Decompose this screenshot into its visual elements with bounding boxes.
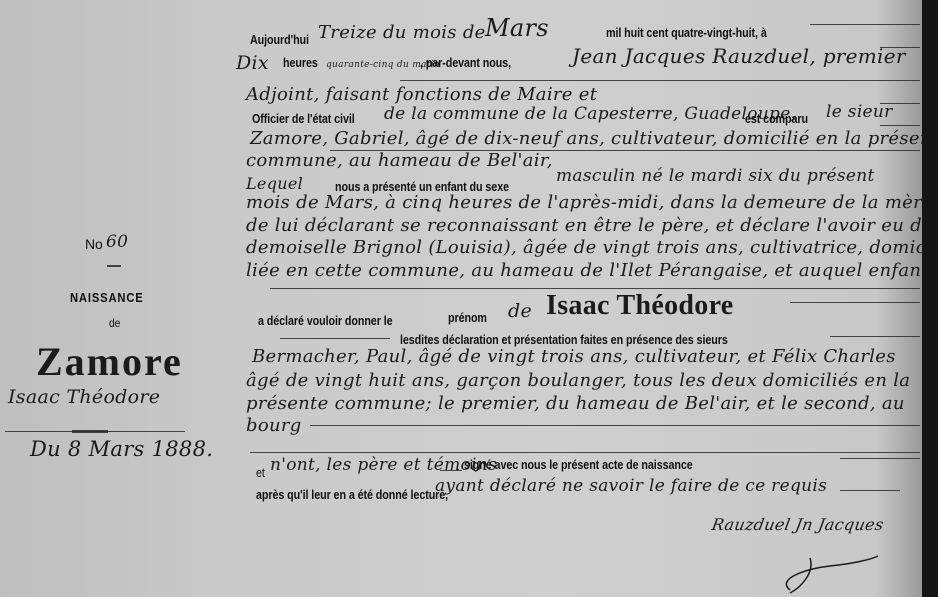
ruled-line [310, 425, 920, 426]
signature-flourish-icon [770, 548, 880, 597]
handwritten-text: de la commune de la Capesterre, Guadelou… [384, 104, 796, 124]
handwritten-text: Mars [485, 14, 549, 42]
handwritten-text: Treize du mois de [318, 22, 486, 43]
handwritten-text: le sieur [826, 102, 893, 122]
officer-signature: Rauzduel Jn Jacques [710, 515, 885, 534]
handwritten-text: Lequel [246, 174, 303, 193]
printed-text: est comparu [745, 112, 808, 126]
ruled-line [250, 452, 920, 453]
ruled-line [840, 490, 900, 491]
ruled-line [400, 80, 920, 81]
handwritten-text: présente commune; le premier, du hameau … [246, 393, 905, 414]
handwritten-text: de [508, 300, 532, 322]
ruled-line [440, 470, 462, 471]
handwritten-text: âgé de vingt huit ans, garçon boulanger,… [246, 370, 910, 391]
handwritten-text: Bermacher, Paul, âgé de vingt trois ans,… [252, 346, 896, 367]
record-surname: Zamore [36, 338, 183, 385]
child-name: Isaac Théodore [546, 290, 734, 322]
handwritten-text: de lui déclarant se reconnaissant en êtr… [246, 215, 938, 236]
record-number-label: No [85, 236, 103, 252]
binding-edge [922, 0, 938, 597]
handwritten-text: n'ont, les père et témoins [270, 455, 497, 475]
record-number: 60 [106, 232, 128, 252]
handwritten-text: commune, au hameau de Bel'air, [246, 150, 553, 171]
handwritten-text: bourg [246, 415, 302, 436]
printed-text: Officier de l'état civil [252, 112, 355, 126]
ruled-line [790, 302, 920, 303]
divider [107, 265, 121, 267]
printed-text: signé avec nous le présent acte de naiss… [464, 458, 693, 472]
ruled-line [270, 288, 920, 289]
printed-text: Aujourd'hui [250, 33, 309, 47]
printed-text: a déclaré vouloir donner le [258, 314, 392, 328]
register-page: No 60 NAISSANCE de Zamore Isaac Théodore… [0, 0, 922, 597]
printed-text: , par-devant nous, [420, 56, 511, 70]
ruled-line [880, 125, 920, 126]
printed-text: et [256, 466, 265, 480]
handwritten-text: Zamore, Gabriel, âgé de dix-neuf ans, cu… [250, 128, 938, 149]
handwritten-text: ayant déclaré ne savoir le faire de ce r… [435, 476, 827, 496]
handwritten-text: Adjoint, faisant fonctions de Maire et [246, 84, 597, 105]
divider [72, 430, 108, 433]
printed-text: heures [283, 56, 318, 70]
ruled-line [810, 24, 920, 25]
handwritten-text: Jean Jacques Rauzduel, premier [572, 44, 906, 68]
handwritten-text: Dix [236, 52, 269, 74]
ruled-line [830, 336, 920, 337]
printed-text: mil huit cent quatre-vingt-huit, à [606, 26, 767, 40]
record-type: NAISSANCE [70, 290, 144, 305]
handwritten-text: liée en cette commune, au hameau de l'Il… [246, 260, 938, 281]
printed-text: lesdites déclaration et présentation fai… [400, 333, 728, 347]
printed-text: après qu'il leur en a été donné lecture, [256, 488, 448, 502]
margin-column: No 60 NAISSANCE de Zamore Isaac Théodore… [0, 0, 240, 597]
handwritten-text: mois de Mars, à cinq heures de l'après-m… [246, 192, 938, 213]
handwritten-text: demoiselle Brignol (Louisia), âgée de vi… [246, 237, 938, 258]
record-type-de: de [109, 316, 120, 330]
handwritten-text: masculin né le mardi six du présent [556, 166, 875, 186]
printed-text: prénom [448, 311, 487, 325]
record-given-names: Isaac Théodore [8, 386, 160, 408]
record-date: Du 8 Mars 1888. [30, 437, 213, 461]
ruled-line [280, 338, 390, 339]
ruled-line [840, 458, 920, 459]
